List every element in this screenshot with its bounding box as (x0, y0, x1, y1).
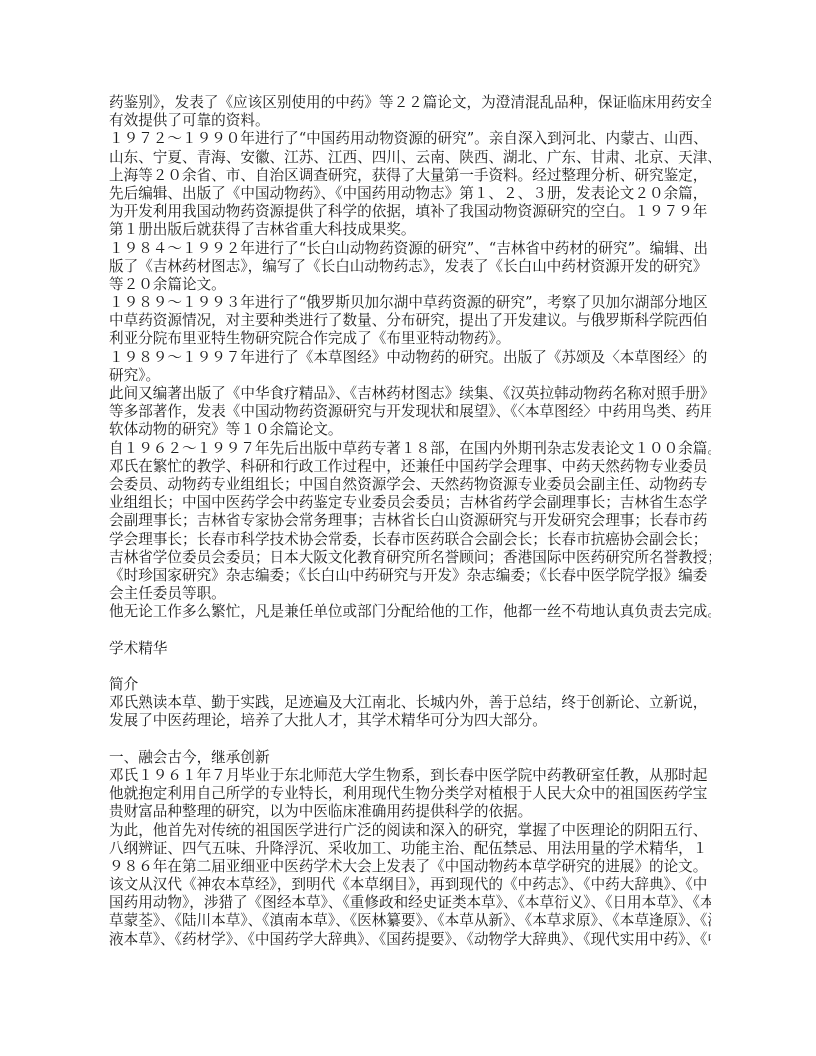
text-line: 等２０余篇论文。 (109, 276, 711, 294)
text-line: 液本草》、《药材学》、《中国药学大辞典》、《国药提要》、《动物学大辞典》、《现代… (109, 931, 711, 949)
text-line: １９８４～１９９２年进行了“长白山动物药资源的研究”、“吉林省中药材的研究”。编… (109, 240, 711, 258)
text-line: 邓氏在繁忙的教学、科研和行政工作过程中，还兼任中国药学会理事、中药天然药物专业委… (109, 458, 711, 476)
blank-line (109, 731, 711, 749)
text-line: 中草药资源情况，对主要种类进行了数量、分布研究，提出了开发建议。与俄罗斯科学院西… (109, 312, 711, 330)
text-line: 利亚分院布里亚特生物研究院合作完成了《布里亚特动物药》。 (109, 330, 711, 348)
text-line: 邓氏熟读本草、勤于实践，足迹遍及大江南北、长城内外，善于总结，终于创新论、立新说… (109, 694, 711, 712)
text-line: 软体动物的研究》等１０余篇论文。 (109, 421, 711, 439)
text-line: 会委员、动物药专业组组长；中国自然资源学会、天然药物资源专业委员会副主任、动物药… (109, 476, 711, 494)
intro-heading: 简介 (109, 676, 711, 694)
blank-line (109, 621, 711, 639)
text-line: 八纲辨证、四气五味、升降浮沉、采收加工、功能主治、配伍禁忌、用法用量的学术精华，… (109, 840, 711, 858)
text-line: 第１册出版后就获得了吉林省重大科技成果奖。 (109, 221, 711, 239)
text-line: 为开发利用我国动物药资源提供了科学的依据，填补了我国动物资源研究的空白。１９７９… (109, 203, 711, 221)
text-line: １９８９～１９９７年进行了《本草图经》中动物药的研究。出版了《苏颂及〈本草图经〉… (109, 349, 711, 367)
text-line: １９７２～１９９０年进行了“中国药用动物资源的研究”。亲自深入到河北、内蒙古、山… (109, 130, 711, 148)
text-line: 研究》。 (109, 367, 711, 385)
text-line: 会副理事长；吉林省专家协会常务理事；吉林省长白山资源研究与开发研究会理事；长春市… (109, 512, 711, 530)
text-line: 为此，他首先对传统的祖国医学进行广泛的阅读和深入的研究，掌握了中医理论的阴阳五行… (109, 822, 711, 840)
section-heading: 学术精华 (109, 640, 711, 658)
text-line: 国药用动物》，涉猎了《图经本草》、《重修政和经史证类本草》、《本草衍义》、《日用… (109, 894, 711, 912)
document-page: 药鉴别》，发表了《应该区别使用的中药》等２２篇论文，为澄清混乱品种，保证临床用药… (109, 94, 711, 949)
text-line: 自１９６２～１９９７年先后出版中草药专著１８部，在国内外期刊杂志发表论文１００余… (109, 440, 711, 458)
text-line: 该文从汉代《神农本草经》，到明代《本草纲目》，再到现代的《中药志》、《中药大辞典… (109, 876, 711, 894)
blank-line (109, 658, 711, 676)
text-line: 吉林省学位委员会委员；日本大阪文化教育研究所名誉顾问；香港国际中医药研究所名誉教… (109, 549, 711, 567)
text-line: 他就抱定利用自己所学的专业特长，利用现代生物分类学对植根于人民大众中的祖国医药学… (109, 785, 711, 803)
text-line: 学会理事长；长春市科学技术协会常委，长春市医药联合会副会长；长春市抗癌协会副会长… (109, 531, 711, 549)
text-line: ９８６年在第二届亚细亚中医药学术大会上发表了《中国动物药本草学研究的进展》的论文… (109, 858, 711, 876)
text-line: 先后编辑、出版了《中国动物药》、《中国药用动物志》第１、２、３册，发表论文２０余… (109, 185, 711, 203)
text-line: 贵财富品种整理的研究，以为中医临床准确用药提供科学的依据。 (109, 803, 711, 821)
text-line: 邓氏１９６１年７月毕业于东北师范大学生物系，到长春中医学院中药教研室任教，从那时… (109, 767, 711, 785)
text-line: 有效提供了可靠的资料。 (109, 112, 711, 130)
text-line: 《时珍国家研究》杂志编委；《长白山中药研究与开发》杂志编委；《长春中医学院学报》… (109, 567, 711, 585)
text-line: 山东、宁夏、青海、安徽、江苏、江西、四川、云南、陕西、湖北、广东、甘肃、北京、天… (109, 149, 711, 167)
text-line: 版了《吉林药材图志》，编写了《长白山动物药志》，发表了《长白山中药材资源开发的研… (109, 258, 711, 276)
text-line: 会主任委员等职。 (109, 585, 711, 603)
text-line: 等多部著作，发表《中国动物药资源研究与开发现状和展望》、《〈本草图经〉中药用鸟类… (109, 403, 711, 421)
text-line: 药鉴别》，发表了《应该区别使用的中药》等２２篇论文，为澄清混乱品种，保证临床用药… (109, 94, 711, 112)
text-line: 上海等２０余省、市、自治区调查研究，获得了大量第一手资料。经过整理分析、研究鉴定… (109, 167, 711, 185)
text-line: 发展了中医药理论，培养了大批人才，其学术精华可分为四大部分。 (109, 712, 711, 730)
text-line: 业组组长；中国中医药学会中药鉴定专业委员会委员；吉林省药学会副理事长；吉林省生态… (109, 494, 711, 512)
text-line: 他无论工作多么繁忙，凡是兼任单位或部门分配给他的工作，他都一丝不苟地认真负责去完… (109, 603, 711, 621)
subsection-heading: 一、融会古今，继承创新 (109, 749, 711, 767)
biography-paragraphs: 药鉴别》，发表了《应该区别使用的中药》等２２篇论文，为澄清混乱品种，保证临床用药… (109, 94, 711, 621)
text-line: １９８９～１９９３年进行了“俄罗斯贝加尔湖中草药资源的研究”，考察了贝加尔湖部分… (109, 294, 711, 312)
intro-paragraph: 邓氏熟读本草、勤于实践，足迹遍及大江南北、长城内外，善于总结，终于创新论、立新说… (109, 694, 711, 730)
subsection-paragraphs: 邓氏１９６１年７月毕业于东北师范大学生物系，到长春中医学院中药教研室任教，从那时… (109, 767, 711, 949)
text-line: 草蒙荃》、《陆川本草》、《滇南本草》、《医林纂要》、《本草从新》、《本草求原》、… (109, 912, 711, 930)
text-line: 此间又编著出版了《中华食疗精品》、《吉林药材图志》续集、《汉英拉韩动物药名称对照… (109, 385, 711, 403)
